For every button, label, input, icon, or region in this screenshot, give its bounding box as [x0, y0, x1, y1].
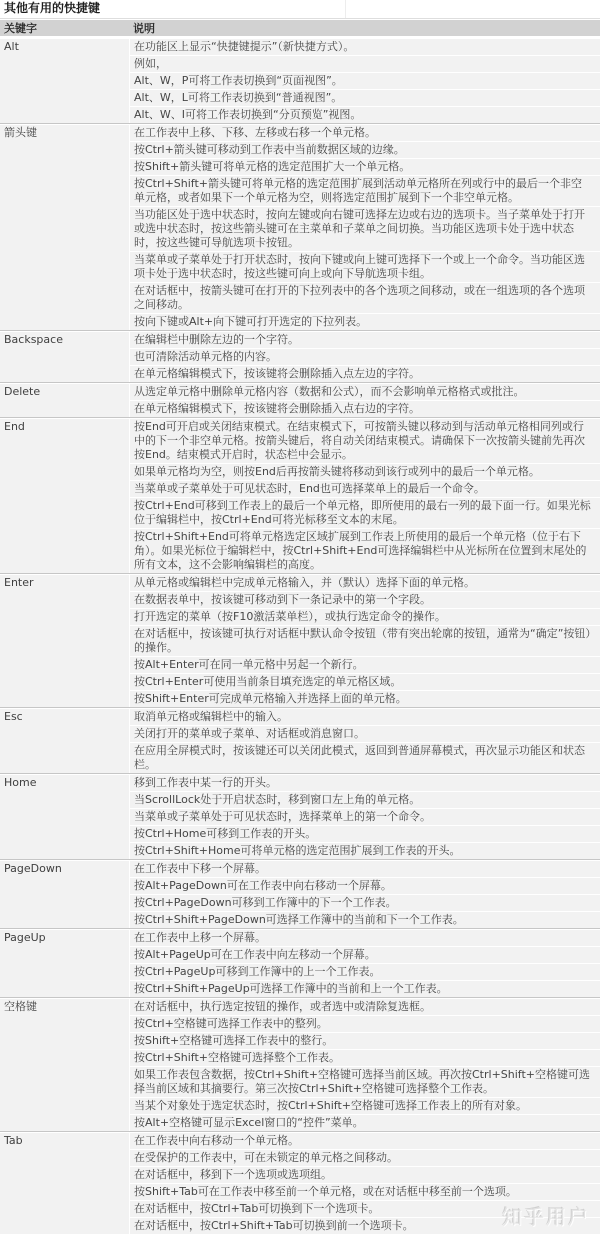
shortcut-key: PageUp: [0, 930, 129, 997]
shortcut-description-line: 按End可开启或关闭结束模式。在结束模式下，可按箭头键以移动到与活动单元格相同列…: [130, 419, 600, 463]
shortcut-description-line: 在功能区上显示“快捷键提示”（新快捷方式）。: [130, 39, 600, 55]
shortcut-description-line: 按Shift+Enter可完成单元格输入并选择上面的单元格。: [130, 691, 600, 707]
shortcut-descriptions: 在工作表中下移一个屏幕。按Alt+PageDown可在工作表中向右移动一个屏幕。…: [130, 861, 600, 928]
shortcut-key: End: [0, 419, 129, 573]
shortcut-description-line: 按Ctrl+箭头键可移动到工作表中当前数据区域的边缘。: [130, 142, 600, 158]
shortcut-description-line: 在工作表中下移一个屏幕。: [130, 861, 600, 877]
shortcut-description-line: Alt、W、I可将工作表切换到“分页预览”视图。: [130, 107, 600, 123]
shortcut-descriptions: 在功能区上显示“快捷键提示”（新快捷方式）。例如，Alt、W，P可将工作表切换到…: [130, 39, 600, 123]
shortcut-description-line: 例如，: [130, 56, 600, 72]
shortcut-description-line: 按Ctrl+PageUp可移到工作簿中的上一个工作表。: [130, 964, 600, 980]
shortcut-description-line: 按Shift+空格键可选择工作表中的整行。: [130, 1033, 600, 1049]
shortcut-descriptions: 在工作表中向右移动一个单元格。在受保护的工作表中，可在未锁定的单元格之间移动。在…: [130, 1133, 600, 1234]
shortcut-table-sheet: 其他有用的快捷键 关键字 说明 Alt在功能区上显示“快捷键提示”（新快捷方式）…: [0, 0, 600, 1244]
shortcut-description-line: 按Ctrl+Shift+空格键可选择整个工作表。: [130, 1050, 600, 1066]
shortcut-description-line: 按Alt+Enter可在同一单元格中另起一个新行。: [130, 657, 600, 673]
shortcut-description-line: 按Alt+空格键可显示Excel窗口的“控件”菜单。: [130, 1115, 600, 1131]
table-row: End按End可开启或关闭结束模式。在结束模式下，可按箭头键以移动到与活动单元格…: [0, 417, 600, 573]
table-row: PageDown在工作表中下移一个屏幕。按Alt+PageDown可在工作表中向…: [0, 859, 600, 928]
table-row: 箭头键在工作表中上移、下移、左移或右移一个单元格。按Ctrl+箭头键可移动到工作…: [0, 123, 600, 330]
shortcut-description-line: 在数据表单中，按该键可移动到下一条记录中的第一个字段。: [130, 592, 600, 608]
shortcut-description-line: 按Ctrl+Shift+PageDown可选择工作簿中的当前和下一个工作表。: [130, 912, 600, 928]
shortcut-description-line: Alt、W，L可将工作表切换到“普通视图”。: [130, 90, 600, 106]
shortcut-description-line: Alt、W，P可将工作表切换到“页面视图”。: [130, 73, 600, 89]
table-row: Alt在功能区上显示“快捷键提示”（新快捷方式）。例如，Alt、W，P可将工作表…: [0, 38, 600, 123]
shortcut-description-line: 按Alt+PageDown可在工作表中向右移动一个屏幕。: [130, 878, 600, 894]
page-title: 其他有用的快捷键: [4, 1, 100, 15]
shortcut-description-line: 打开选定的菜单（按F10激活菜单栏），或执行选定命令的操作。: [130, 609, 600, 625]
shortcut-description-line: 在对话框中，移到下一个选项或选项组。: [130, 1167, 600, 1183]
shortcut-descriptions: 在工作表中上移、下移、左移或右移一个单元格。按Ctrl+箭头键可移动到工作表中当…: [130, 125, 600, 330]
shortcut-description-line: 按Shift+Tab可在工作表中移至前一个单元格，或在对话框中移至前一个选项。: [130, 1184, 600, 1200]
shortcut-descriptions: 在工作表中上移一个屏幕。按Alt+PageUp可在工作表中向左移动一个屏幕。按C…: [130, 930, 600, 997]
table-row: Esc取消单元格或编辑栏中的输入。关闭打开的菜单或子菜单、对话框或消息窗口。在应…: [0, 707, 600, 773]
table-title-row: 其他有用的快捷键: [0, 0, 600, 19]
shortcut-description-line: 按Ctrl+End可移到工作表上的最后一个单元格，即所使用的最右一列的最下面一行…: [130, 498, 600, 528]
shortcut-description-line: 当菜单或子菜单处于可见状态时，End也可选择菜单上的最后一个命令。: [130, 481, 600, 497]
shortcut-key: Esc: [0, 709, 129, 773]
shortcut-key: Tab: [0, 1133, 129, 1234]
shortcut-description-line: 当菜单或子菜单处于打开状态时，按向下键或向上键可选择下一个或上一个命令。当功能区…: [130, 252, 600, 282]
shortcut-descriptions: 在编辑栏中删除左边的一个字符。也可清除活动单元格的内容。在单元格编辑模式下，按该…: [130, 332, 600, 382]
shortcut-description-line: 在工作表中上移、下移、左移或右移一个单元格。: [130, 125, 600, 141]
shortcut-description-line: 在受保护的工作表中，可在未锁定的单元格之间移动。: [130, 1150, 600, 1166]
shortcut-description-line: 按向下键或Alt+向下键可打开选定的下拉列表。: [130, 314, 600, 330]
shortcut-key: 空格键: [0, 999, 129, 1131]
shortcut-description-line: 如果单元格均为空，则按End后再按箭头键将移动到该行或列中的最后一个单元格。: [130, 464, 600, 480]
shortcut-description-line: 从选定单元格中删除单元格内容（数据和公式），而不会影响单元格格式或批注。: [130, 384, 600, 400]
shortcut-key: PageDown: [0, 861, 129, 928]
shortcut-descriptions: 移到工作表中某一行的开头。当ScrollLock处于开启状态时，移到窗口左上角的…: [130, 775, 600, 859]
shortcut-key: Backspace: [0, 332, 129, 382]
shortcut-key: 箭头键: [0, 125, 129, 330]
shortcut-descriptions: 按End可开启或关闭结束模式。在结束模式下，可按箭头键以移动到与活动单元格相同列…: [130, 419, 600, 573]
shortcut-description-line: 在对话框中，按Ctrl+Shift+Tab可切换到前一个选项卡。: [130, 1218, 600, 1234]
table-header-row: 关键字 说明: [0, 20, 600, 36]
shortcut-description-line: 当菜单或子菜单处于可见状态时，选择菜单上的第一个命令。: [130, 809, 600, 825]
shortcut-description-line: 在编辑栏中删除左边的一个字符。: [130, 332, 600, 348]
shortcut-description-line: 按Ctrl+PageDown可移到工作簿中的下一个工作表。: [130, 895, 600, 911]
shortcut-description-line: 如果工作表包含数据，按Ctrl+Shift+空格键可选择当前区域。再次按Ctrl…: [130, 1067, 600, 1097]
shortcut-description-line: 当ScrollLock处于开启状态时，移到窗口左上角的单元格。: [130, 792, 600, 808]
shortcut-key: Alt: [0, 39, 129, 123]
shortcut-description-line: 按Alt+PageUp可在工作表中向左移动一个屏幕。: [130, 947, 600, 963]
shortcut-description-line: 在对话框中，按箭头键可在打开的下拉列表中的各个选项之间移动，或在一组选项的各个选…: [130, 283, 600, 313]
shortcut-description-line: 移到工作表中某一行的开头。: [130, 775, 600, 791]
shortcut-description-line: 按Ctrl+空格键可选择工作表中的整列。: [130, 1016, 600, 1032]
shortcut-description-line: 按Ctrl+Shift+Home可将单元格的选定范围扩展到工作表的开头。: [130, 843, 600, 859]
shortcut-key: Delete: [0, 384, 129, 417]
shortcut-key: Home: [0, 775, 129, 859]
table-row: Delete从选定单元格中删除单元格内容（数据和公式），而不会影响单元格格式或批…: [0, 382, 600, 417]
shortcut-description-line: 在工作表中向右移动一个单元格。: [130, 1133, 600, 1149]
column-header-key: 关键字: [0, 22, 129, 35]
shortcut-description-line: 按Ctrl+Home可移到工作表的开头。: [130, 826, 600, 842]
shortcut-description-line: 在工作表中上移一个屏幕。: [130, 930, 600, 946]
table-row: Enter从单元格或编辑栏中完成单元格输入，并（默认）选择下面的单元格。在数据表…: [0, 573, 600, 707]
table-row: Backspace在编辑栏中删除左边的一个字符。也可清除活动单元格的内容。在单元…: [0, 330, 600, 382]
shortcut-description-line: 按Ctrl+Shift+箭头键可将单元格的选定范围扩展到活动单元格所在列或行中的…: [130, 176, 600, 206]
shortcut-descriptions: 从选定单元格中删除单元格内容（数据和公式），而不会影响单元格格式或批注。在单元格…: [130, 384, 600, 417]
shortcut-description-line: 在对话框中，按Ctrl+Tab可切换到下一个选项卡。: [130, 1201, 600, 1217]
shortcut-description-line: 取消单元格或编辑栏中的输入。: [130, 709, 600, 725]
shortcut-description-line: 从单元格或编辑栏中完成单元格输入，并（默认）选择下面的单元格。: [130, 575, 600, 591]
shortcut-description-line: 按Ctrl+Shift+PageUp可选择工作簿中的当前和上一个工作表。: [130, 981, 600, 997]
shortcut-descriptions: 在对话框中，执行选定按钮的操作，或者选中或清除复选框。按Ctrl+空格键可选择工…: [130, 999, 600, 1131]
table-row: 空格键在对话框中，执行选定按钮的操作，或者选中或清除复选框。按Ctrl+空格键可…: [0, 997, 600, 1131]
table-body: Alt在功能区上显示“快捷键提示”（新快捷方式）。例如，Alt、W，P可将工作表…: [0, 38, 600, 1234]
table-row: PageUp在工作表中上移一个屏幕。按Alt+PageUp可在工作表中向左移动一…: [0, 928, 600, 997]
table-row: Tab在工作表中向右移动一个单元格。在受保护的工作表中，可在未锁定的单元格之间移…: [0, 1131, 600, 1234]
shortcut-description-line: 在对话框中，按该键可执行对话框中默认命令按钮（带有突出轮廓的按钮，通常为“确定”…: [130, 626, 600, 656]
shortcut-description-line: 在单元格编辑模式下，按该键将会删除插入点左边的字符。: [130, 366, 600, 382]
shortcut-description-line: 当某个对象处于选定状态时，按Ctrl+Shift+空格键可选择工作表上的所有对象…: [130, 1098, 600, 1114]
shortcut-descriptions: 从单元格或编辑栏中完成单元格输入，并（默认）选择下面的单元格。在数据表单中，按该…: [130, 575, 600, 707]
shortcut-description-line: 按Shift+箭头键可将单元格的选定范围扩大一个单元格。: [130, 159, 600, 175]
shortcut-description-line: 关闭打开的菜单或子菜单、对话框或消息窗口。: [130, 726, 600, 742]
shortcut-description-line: 在单元格编辑模式下，按该键将会删除插入点右边的字符。: [130, 401, 600, 417]
shortcut-description-line: 在应用全屏模式时，按该键还可以关闭此模式，返回到普通屏幕模式，再次显示功能区和状…: [130, 743, 600, 773]
shortcut-description-line: 按Ctrl+Shift+End可将单元格选定区域扩展到工作表上所使用的最后一个单…: [130, 529, 600, 573]
shortcut-description-line: 在对话框中，执行选定按钮的操作，或者选中或清除复选框。: [130, 999, 600, 1015]
shortcut-key: Enter: [0, 575, 129, 707]
table-row: Home移到工作表中某一行的开头。当ScrollLock处于开启状态时，移到窗口…: [0, 773, 600, 859]
shortcut-description-line: 也可清除活动单元格的内容。: [130, 349, 600, 365]
shortcut-description-line: 当功能区处于选中状态时，按向左键或向右键可选择左边或右边的选项卡。当子菜单处于打…: [130, 207, 600, 251]
column-header-description: 说明: [129, 22, 600, 35]
shortcut-descriptions: 取消单元格或编辑栏中的输入。关闭打开的菜单或子菜单、对话框或消息窗口。在应用全屏…: [130, 709, 600, 773]
shortcut-description-line: 按Ctrl+Enter可使用当前条目填充选定的单元格区域。: [130, 674, 600, 690]
